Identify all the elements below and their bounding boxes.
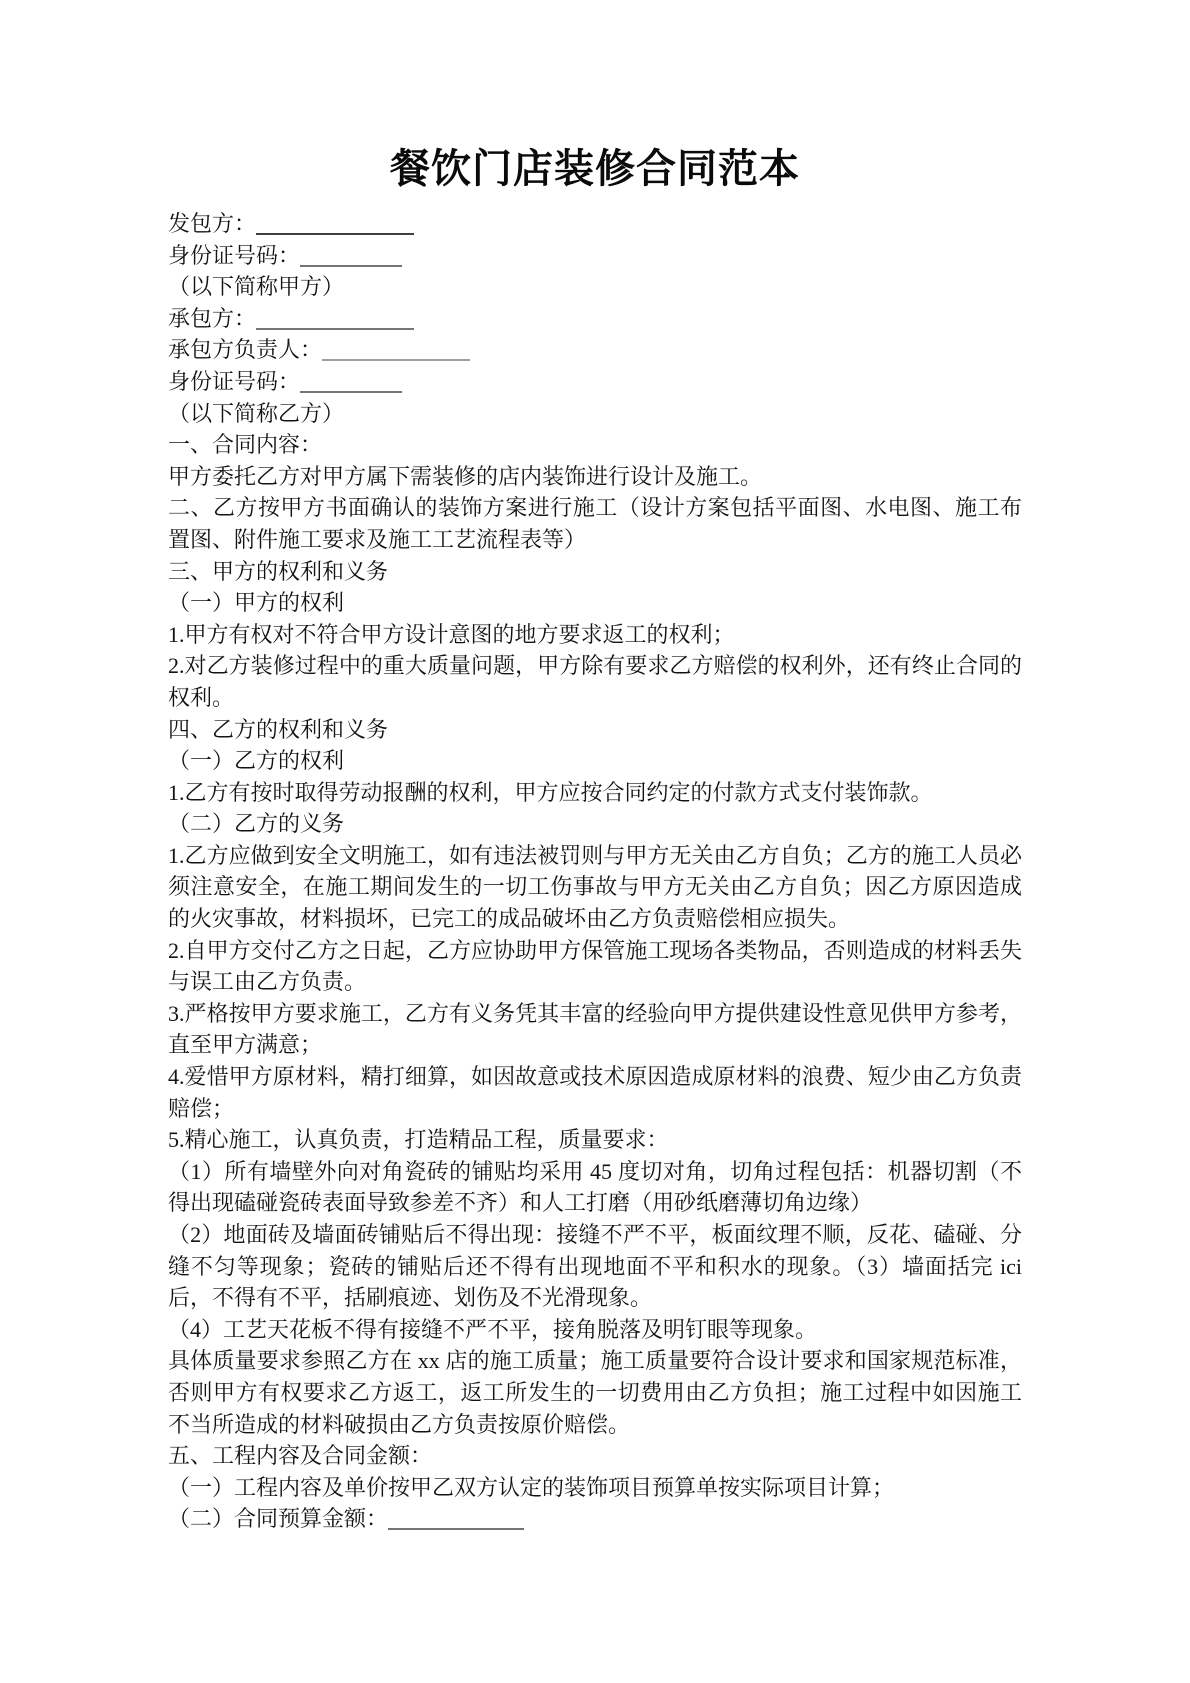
- line-text: （二）合同预算金额：: [168, 1506, 388, 1531]
- line-text: （一）甲方的权利: [168, 590, 344, 615]
- line-text: 1.甲方有权对不符合甲方设计意图的地方要求返工的权利；: [168, 622, 735, 647]
- line-text: （以下简称乙方）: [168, 401, 344, 426]
- contract-line: （以下简称乙方）: [168, 398, 1022, 430]
- contract-page: 餐饮门店装修合同范本 发包方：身份证号码：（以下简称甲方）承包方：承包方负责人：…: [0, 0, 1190, 1683]
- line-text: 身份证号码：: [168, 369, 300, 394]
- line-text: （4）工艺天花板不得有接缝不严不平，接角脱落及明钉眼等现象。: [168, 1317, 817, 1342]
- line-text: 具体质量要求参照乙方在 xx 店的施工质量；施工质量要符合设计要求和国家规范标准…: [168, 1348, 1022, 1436]
- contract-line: 1.甲方有权对不符合甲方设计意图的地方要求返工的权利；: [168, 619, 1022, 651]
- contract-line: 发包方：: [168, 208, 1022, 240]
- contract-line: 五、工程内容及合同金额：: [168, 1440, 1022, 1472]
- fill-in-blank: [300, 246, 402, 267]
- contract-line: 甲方委托乙方对甲方属下需装修的店内装饰进行设计及施工。: [168, 461, 1022, 493]
- line-text: 身份证号码：: [168, 243, 300, 268]
- contract-line: 5.精心施工，认真负责，打造精品工程，质量要求：: [168, 1124, 1022, 1156]
- line-text: 2.自甲方交付乙方之日起，乙方应协助甲方保管施工现场各类物品，否则造成的材料丢失…: [168, 938, 1022, 995]
- fill-in-blank: [388, 1510, 524, 1531]
- fill-in-blank: [256, 309, 414, 330]
- contract-line: 三、甲方的权利和义务: [168, 556, 1022, 588]
- line-text: （1）所有墙壁外向对角瓷砖的铺贴均采用 45 度切对角，切角过程包括：机器切割（…: [168, 1159, 1022, 1216]
- line-text: （以下简称甲方）: [168, 274, 344, 299]
- line-text: 发包方：: [168, 211, 256, 236]
- line-text: 甲方委托乙方对甲方属下需装修的店内装饰进行设计及施工。: [168, 464, 762, 489]
- contract-line: 2.对乙方装修过程中的重大质量问题，甲方除有要求乙方赔偿的权利外，还有终止合同的…: [168, 650, 1022, 713]
- contract-line: （二）合同预算金额：: [168, 1503, 1022, 1535]
- line-text: 3.严格按甲方要求施工，乙方有义务凭其丰富的经验向甲方提供建设性意见供甲方参考，…: [168, 1001, 1022, 1058]
- contract-line: 1.乙方应做到安全文明施工，如有违法被罚则与甲方无关由乙方自负；乙方的施工人员必…: [168, 840, 1022, 935]
- contract-line: （一）工程内容及单价按甲乙双方认定的装饰项目预算单按实际项目计算；: [168, 1472, 1022, 1504]
- contract-line: （2）地面砖及墙面砖铺贴后不得出现：接缝不严不平，板面纹理不顺，反花、磕碰、分缝…: [168, 1219, 1022, 1314]
- line-text: 1.乙方应做到安全文明施工，如有违法被罚则与甲方无关由乙方自负；乙方的施工人员必…: [168, 843, 1022, 931]
- contract-line: （1）所有墙壁外向对角瓷砖的铺贴均采用 45 度切对角，切角过程包括：机器切割（…: [168, 1156, 1022, 1219]
- line-text: 2.对乙方装修过程中的重大质量问题，甲方除有要求乙方赔偿的权利外，还有终止合同的…: [168, 653, 1022, 710]
- contract-line: 身份证号码：: [168, 240, 1022, 272]
- contract-line: 承包方：: [168, 303, 1022, 335]
- document-title: 餐饮门店装修合同范本: [168, 146, 1022, 192]
- contract-line: 2.自甲方交付乙方之日起，乙方应协助甲方保管施工现场各类物品，否则造成的材料丢失…: [168, 935, 1022, 998]
- line-text: （一）乙方的权利: [168, 748, 344, 773]
- line-text: 承包方负责人：: [168, 337, 322, 362]
- contract-line: （一）乙方的权利: [168, 745, 1022, 777]
- contract-line: 4.爱惜甲方原材料，精打细算，如因故意或技术原因造成原材料的浪费、短少由乙方负责…: [168, 1061, 1022, 1124]
- line-text: 一、合同内容：: [168, 432, 322, 457]
- line-text: 4.爱惜甲方原材料，精打细算，如因故意或技术原因造成原材料的浪费、短少由乙方负责…: [168, 1064, 1022, 1121]
- contract-line: （二）乙方的义务: [168, 808, 1022, 840]
- contract-line: （4）工艺天花板不得有接缝不严不平，接角脱落及明钉眼等现象。: [168, 1314, 1022, 1346]
- contract-line: 具体质量要求参照乙方在 xx 店的施工质量；施工质量要符合设计要求和国家规范标准…: [168, 1345, 1022, 1440]
- line-text: 5.精心施工，认真负责，打造精品工程，质量要求：: [168, 1127, 669, 1152]
- line-text: 二、乙方按甲方书面确认的装饰方案进行施工（设计方案包括平面图、水电图、施工布置图…: [168, 495, 1022, 552]
- fill-in-blank: [300, 372, 402, 393]
- contract-line: 3.严格按甲方要求施工，乙方有义务凭其丰富的经验向甲方提供建设性意见供甲方参考，…: [168, 998, 1022, 1061]
- contract-line: （一）甲方的权利: [168, 587, 1022, 619]
- contract-line: 四、乙方的权利和义务: [168, 714, 1022, 746]
- line-text: 承包方：: [168, 306, 256, 331]
- line-text: （二）乙方的义务: [168, 811, 344, 836]
- contract-line: （以下简称甲方）: [168, 271, 1022, 303]
- contract-line: 身份证号码：: [168, 366, 1022, 398]
- contract-body: 发包方：身份证号码：（以下简称甲方）承包方：承包方负责人：身份证号码：（以下简称…: [168, 208, 1022, 1535]
- contract-line: 一、合同内容：: [168, 429, 1022, 461]
- line-text: 四、乙方的权利和义务: [168, 717, 388, 742]
- contract-line: 承包方负责人：: [168, 334, 1022, 366]
- contract-line: 1.乙方有按时取得劳动报酬的权利，甲方应按合同约定的付款方式支付装饰款。: [168, 777, 1022, 809]
- line-text: （一）工程内容及单价按甲乙双方认定的装饰项目预算单按实际项目计算；: [168, 1475, 894, 1500]
- contract-line: 二、乙方按甲方书面确认的装饰方案进行施工（设计方案包括平面图、水电图、施工布置图…: [168, 492, 1022, 555]
- fill-in-blank: [256, 214, 414, 235]
- line-text: （2）地面砖及墙面砖铺贴后不得出现：接缝不严不平，板面纹理不顺，反花、磕碰、分缝…: [168, 1222, 1028, 1310]
- line-text: 五、工程内容及合同金额：: [168, 1443, 432, 1468]
- line-text: 三、甲方的权利和义务: [168, 559, 388, 584]
- fill-in-blank: [322, 341, 470, 362]
- line-text: 1.乙方有按时取得劳动报酬的权利，甲方应按合同约定的付款方式支付装饰款。: [168, 780, 933, 805]
